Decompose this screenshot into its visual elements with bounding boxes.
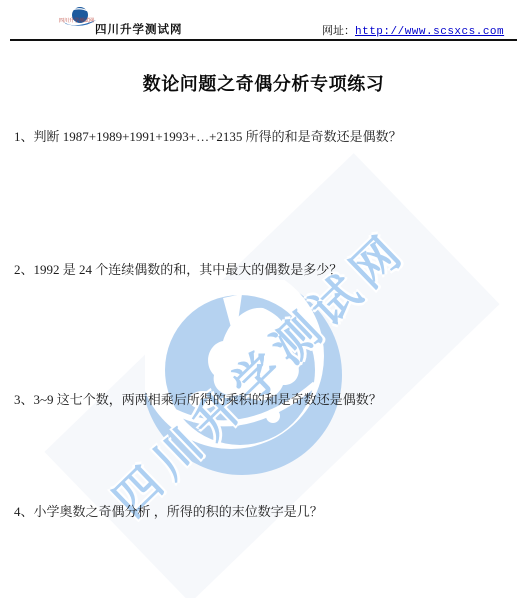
page-title: 数论问题之奇偶分析专项练习 bbox=[0, 70, 527, 96]
site-url-link[interactable]: http://www.scsxcs.com bbox=[355, 26, 504, 38]
site-logo-icon: 四川升学测试网 bbox=[58, 6, 100, 32]
logo-inner-text: 四川升学测试网 bbox=[59, 17, 94, 24]
question-1: 1、判断 1987+1989+1991+1993+…+2135 所得的和是奇数还… bbox=[14, 128, 519, 146]
question-2: 2、1992 是 24 个连续偶数的和，其中最大的偶数是多少？ bbox=[14, 261, 519, 279]
url-label: 网址： bbox=[322, 25, 355, 37]
page-content: 四川升学测试网 四川升学测试网 网址：http://www.scsxcs.com… bbox=[0, 0, 527, 598]
question-4: 4、小学奥数之奇偶分析 ，所得的积的末位数字是几？ bbox=[14, 503, 519, 521]
worksheet-page: 四川升学测试网 四川升学测试网 四川升学测试网 网址：http://www.sc… bbox=[0, 0, 527, 598]
question-3: 3、3~9 这七个数，两两相乘后所得的乘积的和是奇数还是偶数？ bbox=[14, 391, 519, 409]
site-url-row: 网址：http://www.scsxcs.com bbox=[322, 22, 504, 38]
site-name: 四川升学测试网 bbox=[95, 21, 183, 37]
header-divider bbox=[10, 39, 517, 41]
